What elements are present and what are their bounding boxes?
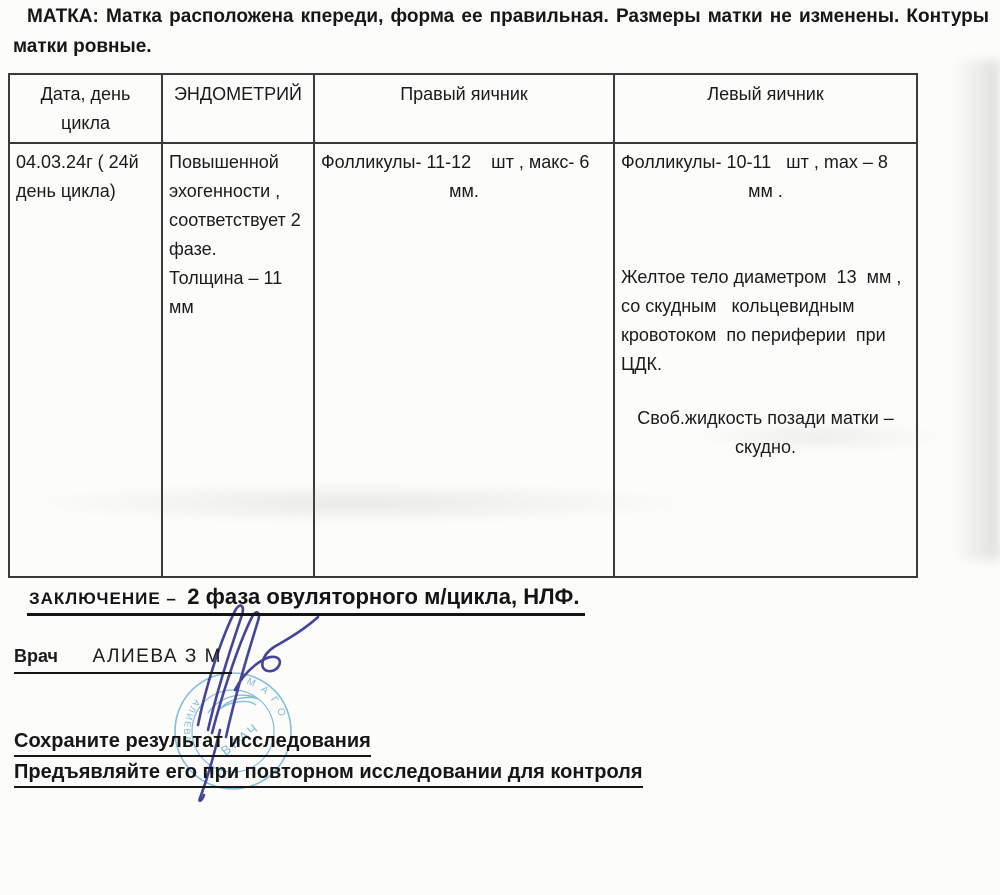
footer-note-1-text: Сохраните результат исследования bbox=[14, 730, 371, 757]
ultrasound-findings-table: Дата, день цикла ЭНДОМЕТРИЙ Правый яични… bbox=[8, 73, 918, 578]
footer-note-1: Сохраните результат исследования bbox=[14, 730, 371, 757]
left-ovary-corpus-luteum: Желтое тело диаметром 13 мм , со скудным… bbox=[621, 263, 910, 379]
cell-date: 04.03.24г ( 24й день цикла) bbox=[9, 143, 162, 577]
left-ovary-unit: мм . bbox=[621, 177, 910, 206]
scan-shading-right bbox=[953, 60, 1000, 560]
footer-note-2-text: Предъявляйте его при повторном исследова… bbox=[14, 761, 643, 788]
right-ovary-follicles: Фолликулы- 11-12 шт , макс- 6 bbox=[321, 148, 607, 177]
uterus-description-paragraph: МАТКА: Матка расположена кпереди, форма … bbox=[13, 2, 989, 62]
scanned-ultrasound-report: МАТКА: Матка расположена кпереди, форма … bbox=[0, 0, 1000, 895]
doctor-line: Врач АЛИЕВА З М bbox=[14, 646, 232, 674]
date-value: 04.03.24г ( 24й день цикла) bbox=[16, 148, 155, 206]
conclusion-label: ЗАКЛЮЧЕНИЕ – bbox=[29, 589, 177, 608]
header-endometrium: ЭНДОМЕТРИЙ bbox=[162, 74, 314, 143]
header-date: Дата, день цикла bbox=[9, 74, 162, 143]
free-fluid-note: Своб.жидкость позади матки – скудно. bbox=[621, 404, 910, 462]
header-left-ovary: Левый яичник bbox=[614, 74, 917, 143]
stamp-and-signature: МАГО АЛИЕВА ЛЕКО ВРАЧ bbox=[150, 595, 360, 825]
doctor-name: АЛИЕВА З М bbox=[92, 646, 221, 667]
left-ovary-follicles: Фолликулы- 10-11 шт , max – 8 bbox=[621, 148, 910, 177]
doctor-label: Врач bbox=[14, 646, 58, 666]
footer-note-2: Предъявляйте его при повторном исследова… bbox=[14, 761, 643, 788]
table-data-row: 04.03.24г ( 24й день цикла) Повышенной э… bbox=[9, 143, 917, 577]
conclusion-line: ЗАКЛЮЧЕНИЕ – 2 фаза овуляторного м/цикла… bbox=[27, 584, 585, 616]
table-header-row: Дата, день цикла ЭНДОМЕТРИЙ Правый яични… bbox=[9, 74, 917, 143]
right-ovary-unit: мм. bbox=[321, 177, 607, 206]
header-right-ovary: Правый яичник bbox=[314, 74, 614, 143]
endometrium-value: Повышенной эхогенности , соответствует 2… bbox=[169, 148, 307, 322]
cell-endometrium: Повышенной эхогенности , соответствует 2… bbox=[162, 143, 314, 577]
cell-left-ovary: Фолликулы- 10-11 шт , max – 8 мм . Желто… bbox=[614, 143, 917, 577]
cell-right-ovary: Фолликулы- 11-12 шт , макс- 6 мм. bbox=[314, 143, 614, 577]
conclusion-text: 2 фаза овуляторного м/цикла, НЛФ. bbox=[187, 584, 579, 609]
